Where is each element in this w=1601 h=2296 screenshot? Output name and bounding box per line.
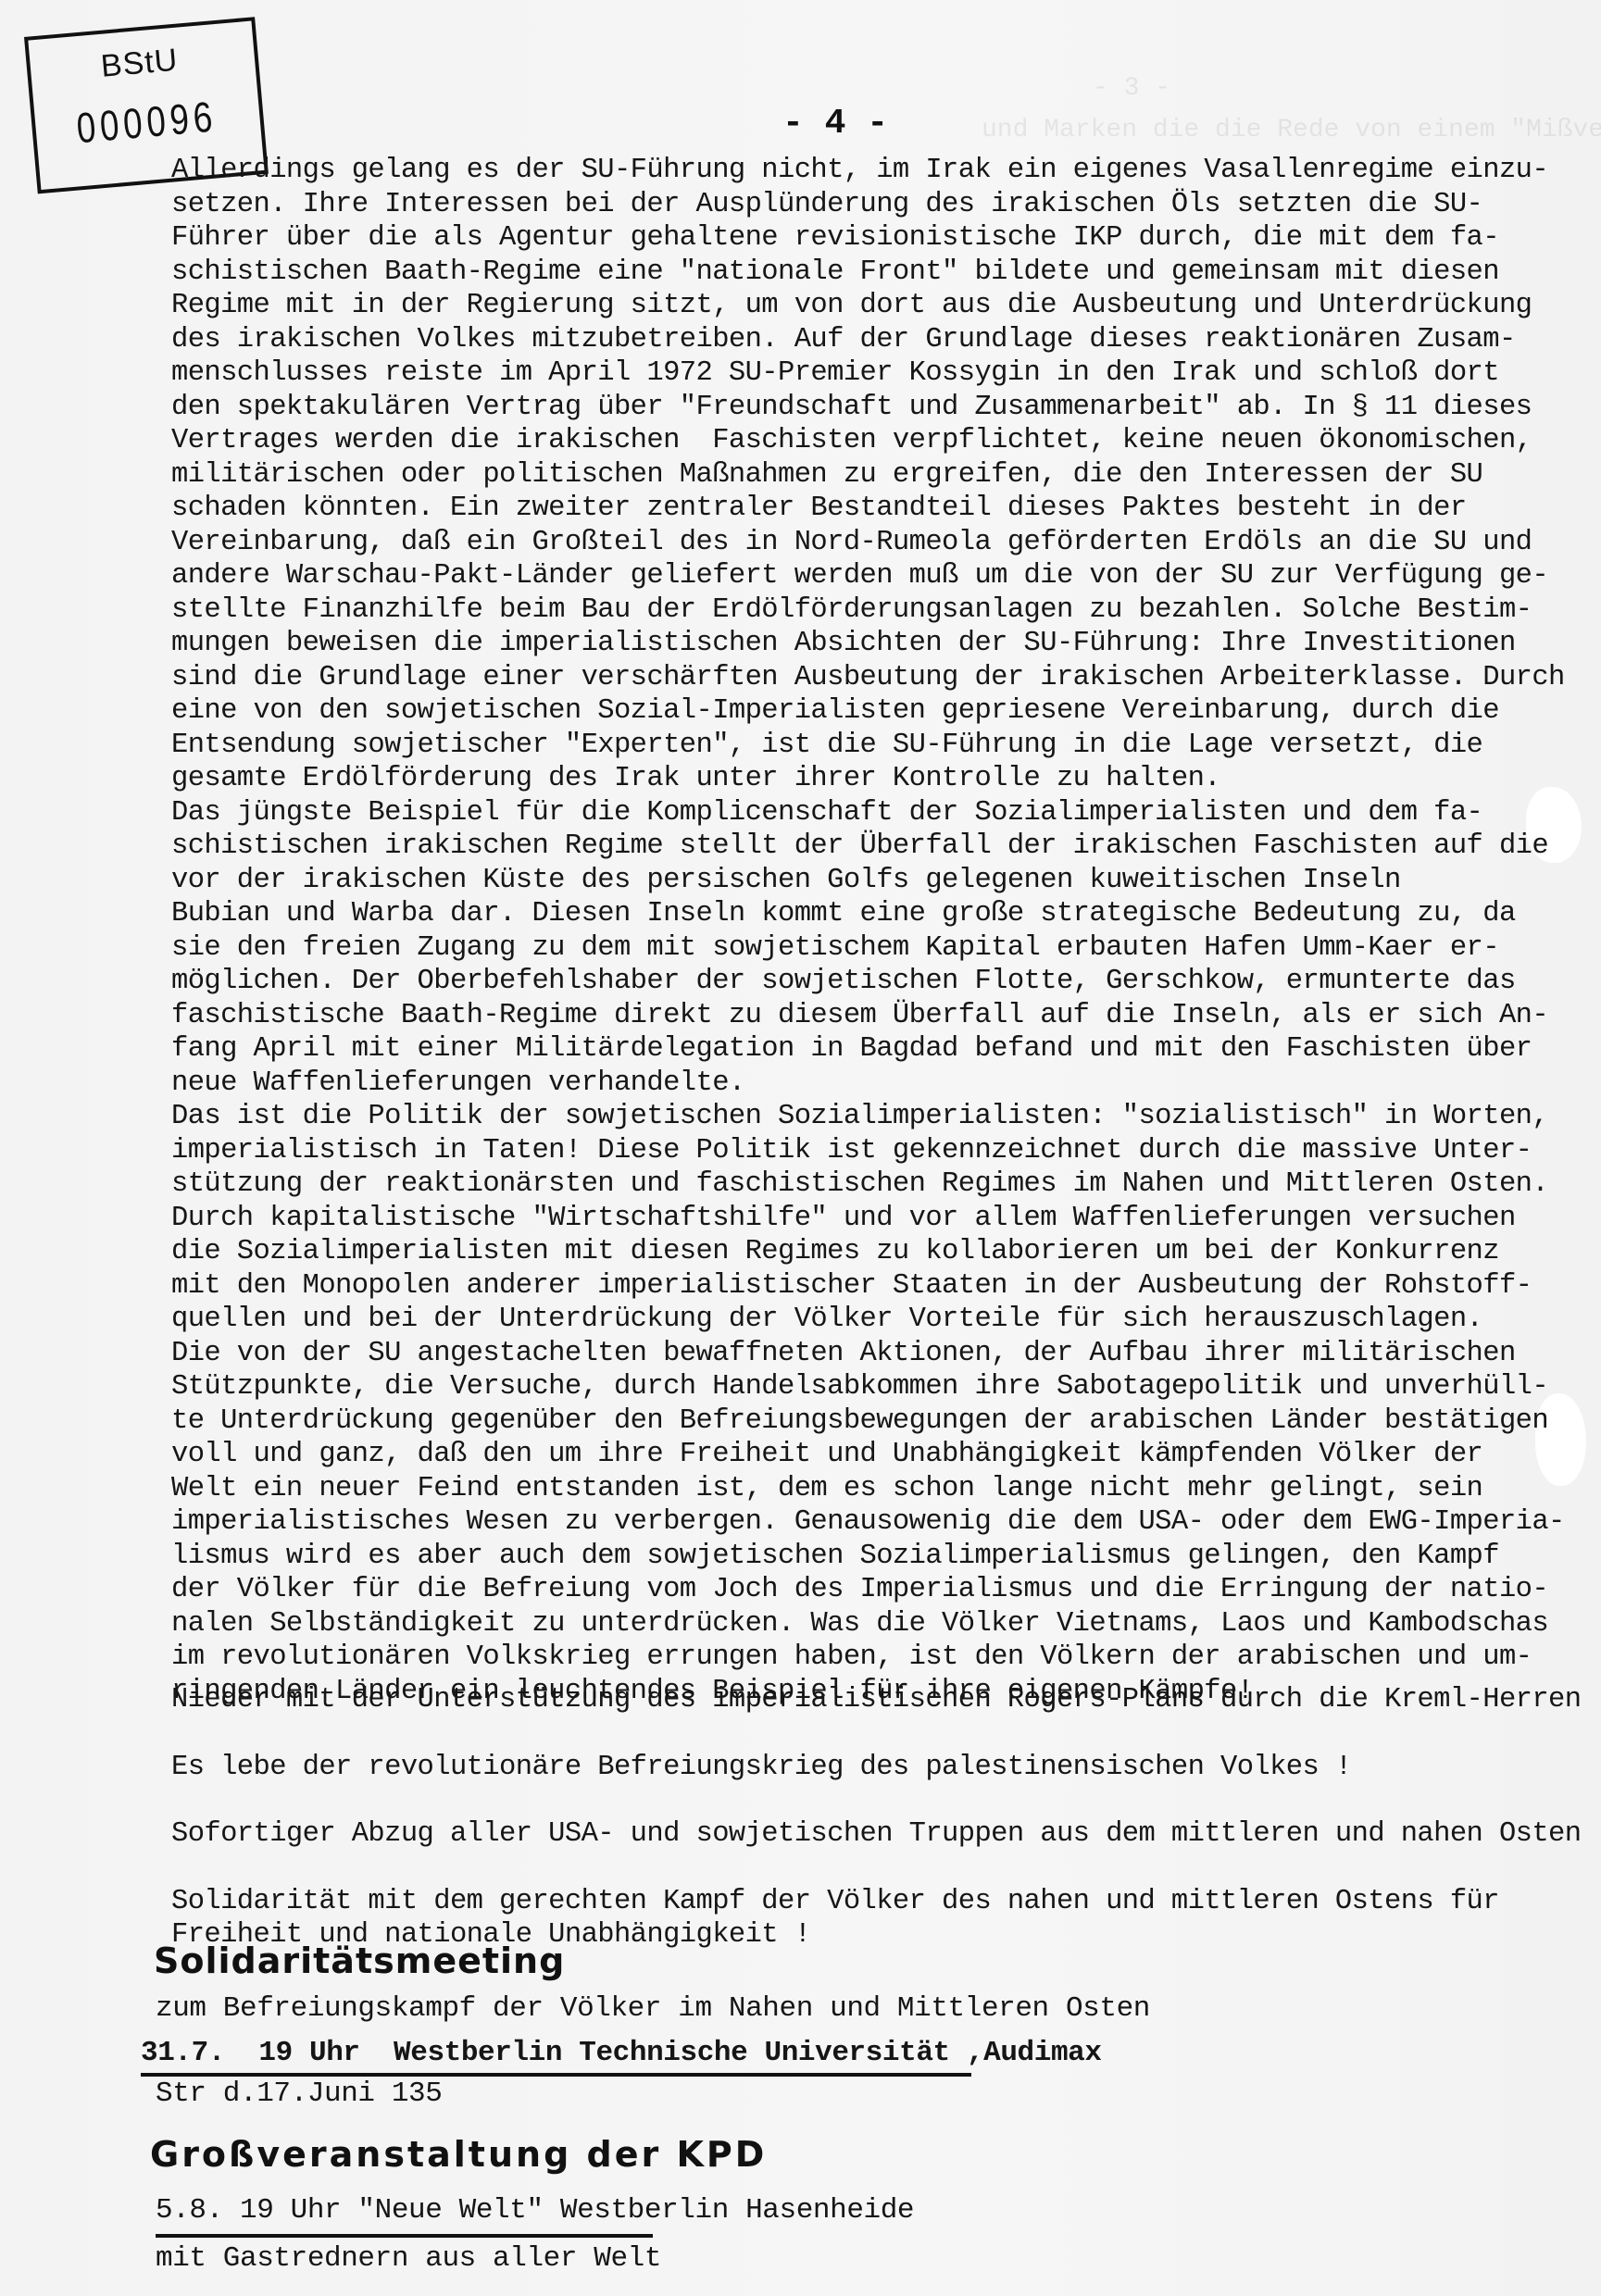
body-line: militärischen oder politischen Maßnahmen… [171, 458, 1579, 493]
body-line: Welt ein neuer Feind entstanden ist, dem… [171, 1472, 1579, 1506]
body-line: fang April mit einer Militärdelegation i… [171, 1032, 1579, 1067]
body-line: lismus wird es aber auch dem sowjetische… [171, 1540, 1579, 1574]
body-line: quellen und bei der Unterdrückung der Vö… [171, 1303, 1579, 1337]
page-number: - 4 - [782, 104, 888, 143]
meeting-underline [141, 2073, 971, 2077]
body-line: Führer über die als Agentur gehaltene re… [171, 221, 1579, 256]
body-line: Das jüngste Beispiel für die Komplicensc… [171, 796, 1579, 830]
body-line: andere Warschau-Pakt-Länder geliefert we… [171, 559, 1579, 593]
document-page: - 3 - und Marken die die Rede von einem … [0, 0, 1601, 2296]
body-line: setzen. Ihre Interessen bei der Ausplünd… [171, 188, 1579, 222]
meeting-heading: Solidaritätsmeeting [154, 1940, 565, 1981]
body-line: Entsendung sowjetischer "Experten", ist … [171, 729, 1579, 763]
body-line: imperialistisches Wesen zu verbergen. Ge… [171, 1505, 1579, 1540]
meeting-address: Str d.17.Juni 135 [156, 2078, 442, 2110]
body-line: schistischen irakischen Regime stellt de… [171, 830, 1579, 864]
body-line: faschistische Baath-Regime direkt zu die… [171, 999, 1579, 1033]
body-line: neue Waffenlieferungen verhandelte. [171, 1067, 1579, 1101]
slogan-line: Es lebe der revolutionäre Befreiungskrie… [171, 1751, 1579, 1785]
body-line: des irakischen Volkes mitzubetreiben. Au… [171, 323, 1579, 357]
body-line: imperialistisch in Taten! Diese Politik … [171, 1134, 1579, 1168]
body-line: den spektakulären Vertrag über "Freundsc… [171, 391, 1579, 425]
body-line: stellte Finanzhilfe beim Bau der Erdölfö… [171, 593, 1579, 628]
bleed-through-text: und Marken die die Rede von einem "Mißve… [982, 116, 1601, 144]
body-line: sie den freien Zugang zu dem mit sowjeti… [171, 931, 1579, 966]
slogan: Es lebe der revolutionäre Befreiungskrie… [171, 1751, 1579, 1785]
body-line: vor der irakischen Küste des persischen … [171, 864, 1579, 898]
kpd-event-date-line: 5.8. 19 Uhr "Neue Welt" Westberlin Hasen… [156, 2194, 914, 2227]
body-line: Allerdings gelang es der SU-Führung nich… [171, 154, 1579, 188]
body-line: voll und ganz, daß den um ihre Freiheit … [171, 1438, 1579, 1472]
body-line: Die von der SU angestachelten bewaffnete… [171, 1337, 1579, 1371]
body-line: Vereinbarung, daß ein Großteil des in No… [171, 526, 1579, 560]
slogan: Nieder mit der Unterstützung des imperia… [171, 1683, 1579, 1717]
meeting-date-line: 31.7. 19 Uhr Westberlin Technische Unive… [141, 2037, 1102, 2069]
body-line: Vertrages werden die irakischen Faschist… [171, 424, 1579, 458]
slogan: Sofortiger Abzug aller USA- und sowjetis… [171, 1817, 1579, 1852]
body-text: Allerdings gelang es der SU-Führung nich… [171, 154, 1579, 1708]
body-line: im revolutionären Volkskrieg errungen ha… [171, 1641, 1579, 1675]
body-line: Regime mit in der Regierung sitzt, um vo… [171, 289, 1579, 323]
stamp-number: 000096 [74, 91, 219, 153]
kpd-event-guests: mit Gastrednern aus aller Welt [156, 2242, 661, 2275]
body-line: der Völker für die Befreiung vom Joch de… [171, 1573, 1579, 1607]
kpd-event-underline [156, 2234, 653, 2238]
bleed-through-text: - 3 - [1093, 74, 1170, 103]
body-line: menschlusses reiste im April 1972 SU-Pre… [171, 356, 1579, 391]
body-line: Bubian und Warba dar. Diesen Inseln komm… [171, 897, 1579, 931]
body-line: Stützpunkte, die Versuche, durch Handels… [171, 1370, 1579, 1404]
body-line: schaden könnten. Ein zweiter zentraler B… [171, 492, 1579, 526]
body-line: die Sozialimperialisten mit diesen Regim… [171, 1235, 1579, 1269]
body-line: nalen Selbständigkeit zu unterdrücken. W… [171, 1607, 1579, 1641]
stamp-organization: BStU [99, 43, 179, 85]
slogan-line: Sofortiger Abzug aller USA- und sowjetis… [171, 1817, 1579, 1852]
body-line: Das ist die Politik der sowjetischen Soz… [171, 1100, 1579, 1134]
slogan-line: Nieder mit der Unterstützung des imperia… [171, 1683, 1579, 1717]
body-line: Durch kapitalistische "Wirtschaftshilfe"… [171, 1202, 1579, 1236]
body-line: möglichen. Der Oberbefehlshaber der sowj… [171, 965, 1579, 999]
body-line: stützung der reaktionärsten und faschist… [171, 1167, 1579, 1202]
kpd-event-heading: Großveranstaltung der KPD [150, 2134, 767, 2175]
body-line: schistischen Baath-Regime eine "national… [171, 256, 1579, 290]
body-line: sind die Grundlage einer verschärften Au… [171, 661, 1579, 695]
body-line: mit den Monopolen anderer imperialistisc… [171, 1269, 1579, 1304]
body-line: mungen beweisen die imperialistischen Ab… [171, 627, 1579, 661]
body-line: gesamte Erdölförderung des Irak unter ih… [171, 762, 1579, 796]
slogan-line: Solidarität mit dem gerechten Kampf der … [171, 1885, 1579, 1919]
body-line: te Unterdrückung gegenüber den Befreiung… [171, 1404, 1579, 1439]
body-line: eine von den sowjetischen Sozial-Imperia… [171, 694, 1579, 729]
meeting-subtitle: zum Befreiungskampf der Völker im Nahen … [156, 1992, 1150, 2025]
